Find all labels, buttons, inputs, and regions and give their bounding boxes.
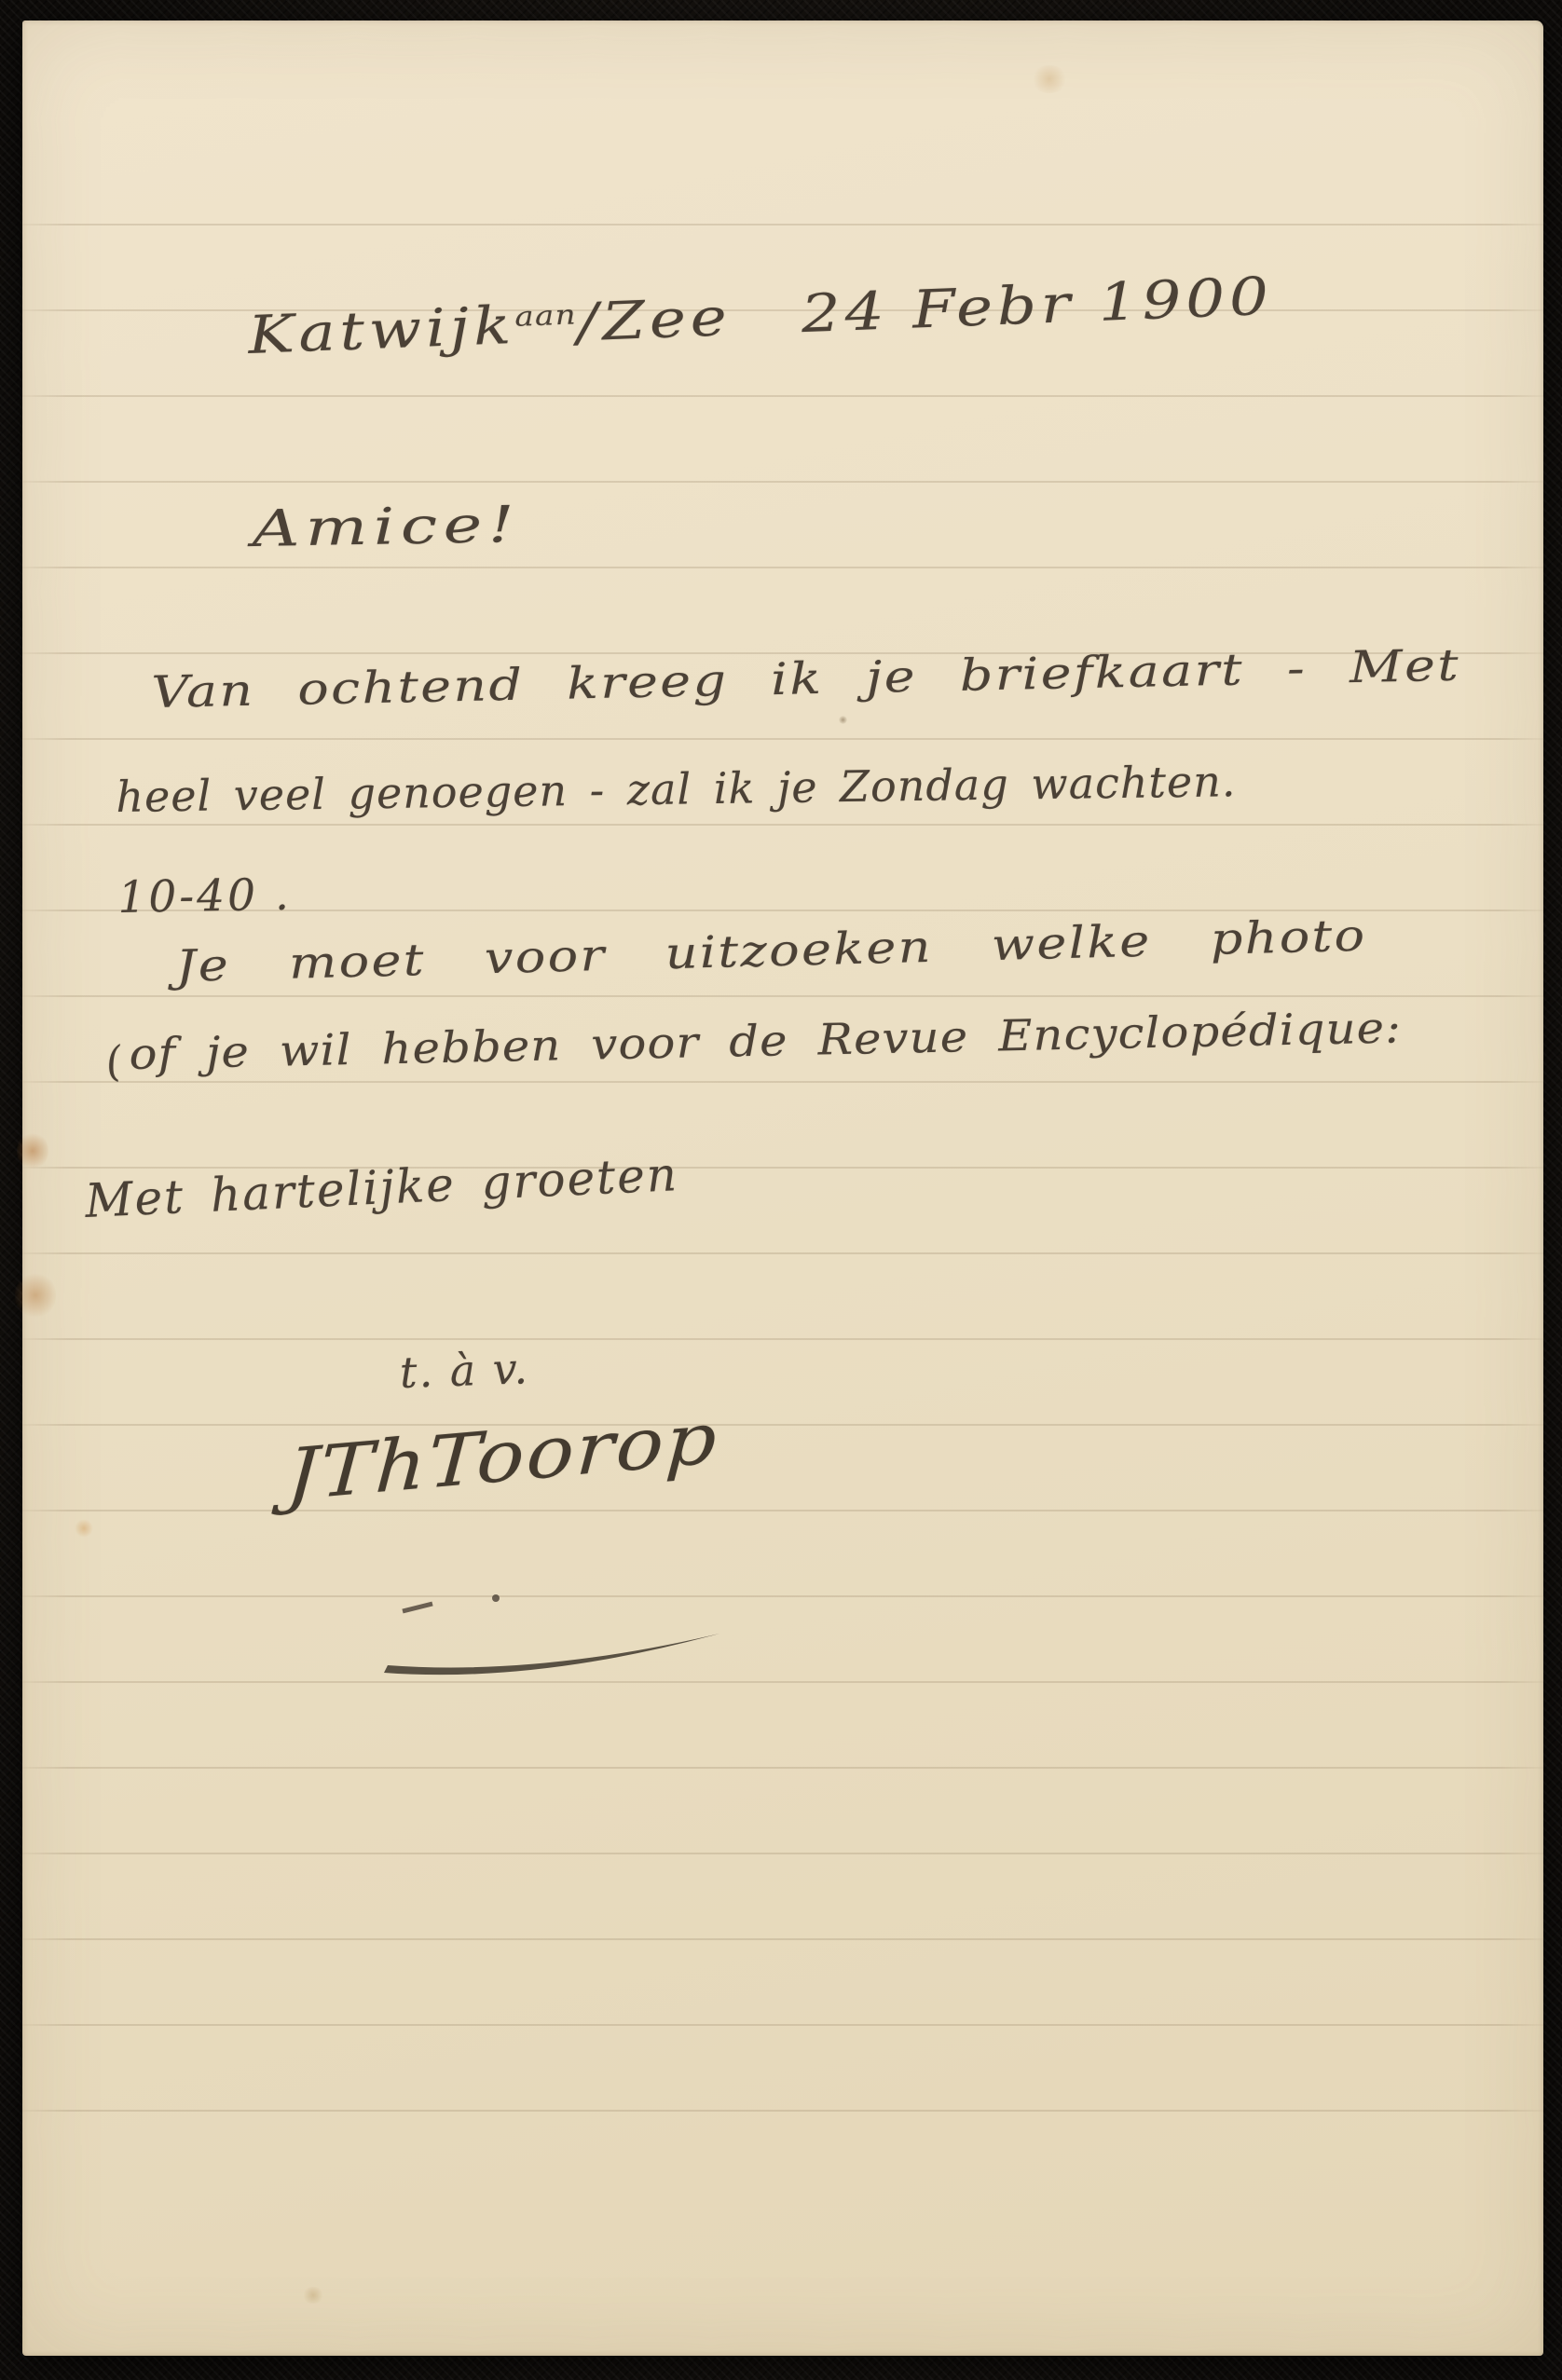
ruled-line [22, 1252, 1543, 1254]
salutation: Amice! [252, 495, 521, 558]
date-value: 24 Febr 1900 [801, 267, 1274, 345]
date-line: Katwijkaan/Zee24 Febr 1900 [247, 267, 1274, 366]
body-line: heel veel genoegen - zal ik je Zondag wa… [116, 756, 1237, 822]
foxing-spot [1031, 65, 1068, 93]
ruled-line [22, 1510, 1543, 1511]
flourish-dot [492, 1594, 500, 1602]
flourish-dash [403, 1604, 432, 1611]
signature-flourish [302, 1563, 768, 1703]
body-line: 10-40 . [117, 869, 292, 923]
foxing-spot [302, 2287, 324, 2304]
ruled-line [22, 567, 1543, 568]
ruled-line [22, 2024, 1543, 2026]
place-superscript: aan [514, 298, 578, 333]
flourish-stroke [384, 1634, 719, 1675]
valediction: t. à v. [399, 1343, 530, 1398]
place-separator: / [576, 292, 603, 353]
signature: JThToorop [284, 1395, 720, 1516]
ruled-line [22, 1424, 1543, 1426]
ruled-line [22, 1938, 1543, 1940]
foxing-spot [15, 1271, 56, 1320]
ruled-line [22, 1338, 1543, 1340]
ruled-line [22, 995, 1543, 997]
ruled-line [22, 738, 1543, 740]
ruled-line [22, 2110, 1543, 2112]
ruled-line [22, 395, 1543, 397]
body-line: Je moet voor uitzoeken welke photo [175, 910, 1367, 992]
stray-mark: ( [103, 1038, 125, 1087]
ruled-line [22, 1081, 1543, 1083]
place-name: Katwijk [247, 295, 516, 366]
ruled-line [22, 824, 1543, 826]
ruled-line [22, 1853, 1543, 1854]
body-line: of je wil hebben voor de Revue Encyclopé… [129, 1002, 1402, 1079]
ruled-line [22, 1595, 1543, 1597]
place-suffix: Zee [601, 287, 733, 352]
ruled-line [22, 481, 1543, 483]
letter-paper: Katwijkaan/Zee24 Febr 1900 Amice! Van oc… [22, 21, 1543, 2356]
ruled-line [22, 224, 1543, 226]
foxing-spot [839, 716, 847, 724]
body-line: Van ochtend kreeg ik je briefkaart - Met [151, 640, 1461, 718]
foxing-spot [75, 1519, 93, 1538]
ruled-line [22, 1767, 1543, 1769]
foxing-spot [17, 1131, 48, 1170]
ruled-line [22, 1681, 1543, 1683]
closing-line: Met hartelijke groeten [84, 1147, 679, 1228]
scan-mount-background: Katwijkaan/Zee24 Febr 1900 Amice! Van oc… [0, 0, 1562, 2380]
